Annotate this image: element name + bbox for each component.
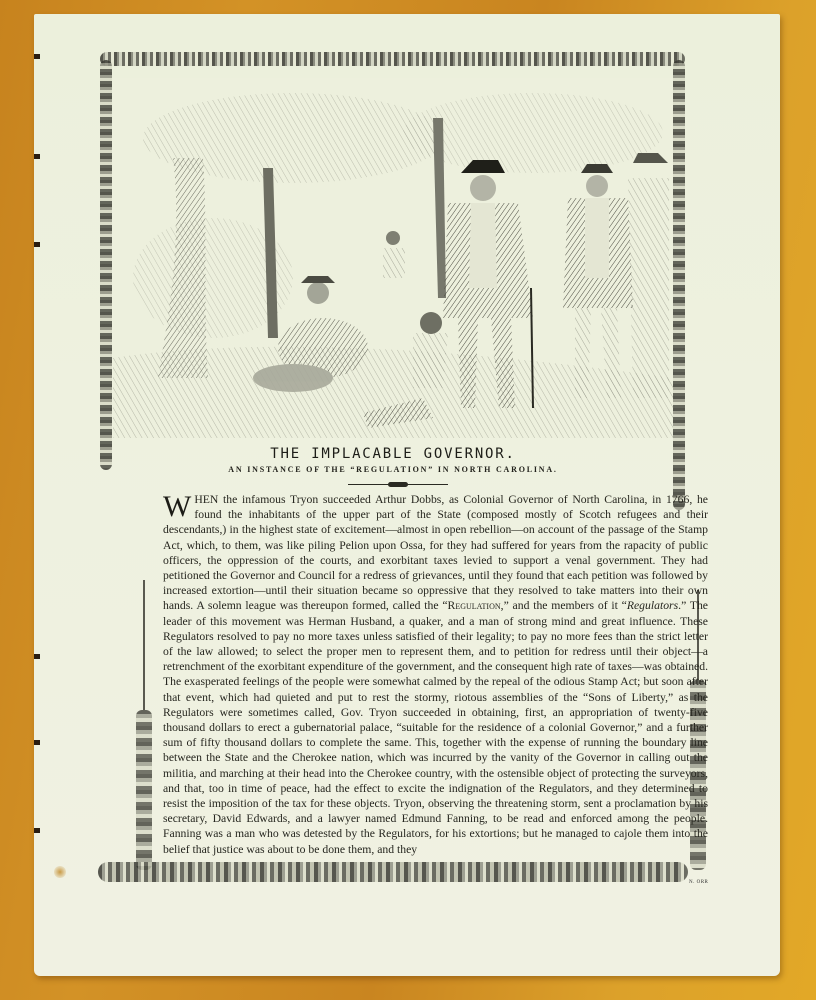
article-subtitle: AN INSTANCE OF THE “REGULATION” IN NORTH… [113,465,673,474]
article-body: WHEN the infamous Tryon succeeded Arthur… [163,492,708,857]
paper-stain [54,866,66,878]
article-title: THE IMPLACABLE GOVERNOR. [113,446,673,462]
flag-pole-left [143,580,145,710]
binding-hole [34,242,40,247]
decorative-rule-ornament [388,482,408,487]
term-regulators: Regulators [627,599,678,612]
binding-hole [34,654,40,659]
binding-hole [34,54,40,59]
binding-hole [34,740,40,745]
article-paragraph: WHEN the infamous Tryon succeeded Arthur… [163,492,708,857]
ornamental-border-left [100,60,112,470]
ornamental-border-bottom [98,862,688,882]
binding-hole [34,828,40,833]
binding-hole [34,154,40,159]
ornamental-column-left [136,710,152,870]
ornamental-border-right [673,60,685,510]
term-regulation: Regulation [448,599,501,612]
ornamental-border-top [100,52,685,66]
engraver-signature: N. ORR [689,880,708,885]
drop-cap: W [163,495,191,519]
engraving-illustration [113,78,673,438]
